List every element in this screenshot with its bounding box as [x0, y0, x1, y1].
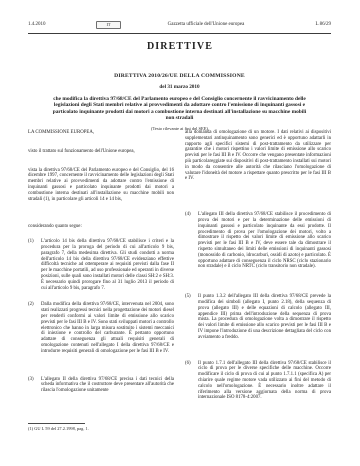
- directive-citation: vista la direttiva 97/68/CE del Parlamen…: [28, 168, 174, 203]
- journal-title: Gazzetta ufficiale dell'Unione europea: [121, 22, 291, 28]
- recital-3-number: (3): [28, 377, 41, 394]
- recital-4-text: L'allegato III della direttiva 97/68/CE …: [198, 212, 331, 270]
- recital-1-text: L'articolo 14 bis della direttiva 97/68/…: [41, 239, 174, 291]
- recital-3-text: L'allegato II della direttiva 97/68/CE p…: [41, 377, 174, 394]
- directive-title-block: DIRETTIVA 2010/26/UE DELLA COMMISSIONE d…: [36, 73, 323, 131]
- recital-4: (4) L'allegato III della direttiva 97/68…: [185, 212, 331, 270]
- treaty-citation: visto il trattato sul funzionamento dell…: [28, 149, 174, 155]
- header-date: 1.4.2010: [28, 22, 68, 28]
- body-columns: LA COMMISSIONE EUROPEA, visto il trattat…: [28, 130, 331, 401]
- recital-6-text: Il punto 1.7.1 dell'allegato III della d…: [198, 361, 331, 402]
- recital-6: (6) Il punto 1.7.1 dell'allegato III del…: [185, 361, 331, 402]
- recital-5: (5) Il punto 1.3.2 dell'allegato III del…: [185, 294, 331, 340]
- recital-1: (1) L'articolo 14 bis della direttiva 97…: [28, 239, 174, 291]
- recital-5-text: Il punto 1.3.2 dell'allegato III della d…: [198, 294, 331, 340]
- section-heading: DIRETTIVE: [0, 41, 360, 52]
- language-badge: IT: [96, 21, 121, 29]
- page-header: 1.4.2010 IT Gazzetta ufficiale dell'Unio…: [28, 21, 331, 29]
- recital-6-number: (6): [185, 361, 198, 402]
- directive-number: DIRETTIVA 2010/26/UE DELLA COMMISSIONE: [36, 73, 323, 79]
- left-column: LA COMMISSIONE EUROPEA, visto il trattat…: [28, 130, 174, 401]
- header-rule: [28, 33, 331, 34]
- recital-4-number: (4): [185, 212, 198, 270]
- footnote-area: (1) GU L 59 del 27.2.1998, pag. 1.: [28, 423, 178, 431]
- recital-2-text: Dalla modifica della direttiva 97/68/CE,…: [41, 302, 174, 354]
- commission-line: LA COMMISSIONE EUROPEA,: [28, 130, 174, 136]
- recital-3: (3) L'allegato II della direttiva 97/68/…: [28, 377, 174, 394]
- recital-2: (2) Dalla modifica della direttiva 97/68…: [28, 302, 174, 354]
- recital-3-continuation: alla domanda di omologazione di un motor…: [185, 130, 331, 182]
- recital-2-number: (2): [28, 302, 41, 354]
- footnote-text: (1) GU L 59 del 27.2.1998, pag. 1.: [28, 426, 178, 431]
- footnote-rule: [28, 423, 85, 424]
- directive-subject: che modifica la direttiva 97/68/CE del P…: [36, 96, 323, 121]
- right-column: alla domanda di omologazione di un motor…: [185, 130, 331, 401]
- directive-date: del 31 marzo 2010: [36, 84, 323, 90]
- whereas-line: considerando quanto segue:: [28, 224, 174, 230]
- official-journal-page: 1.4.2010 IT Gazzetta ufficiale dell'Unio…: [0, 0, 360, 466]
- page-reference: L 86/29: [291, 22, 331, 28]
- recital-5-number: (5): [185, 294, 198, 340]
- recital-1-number: (1): [28, 239, 41, 291]
